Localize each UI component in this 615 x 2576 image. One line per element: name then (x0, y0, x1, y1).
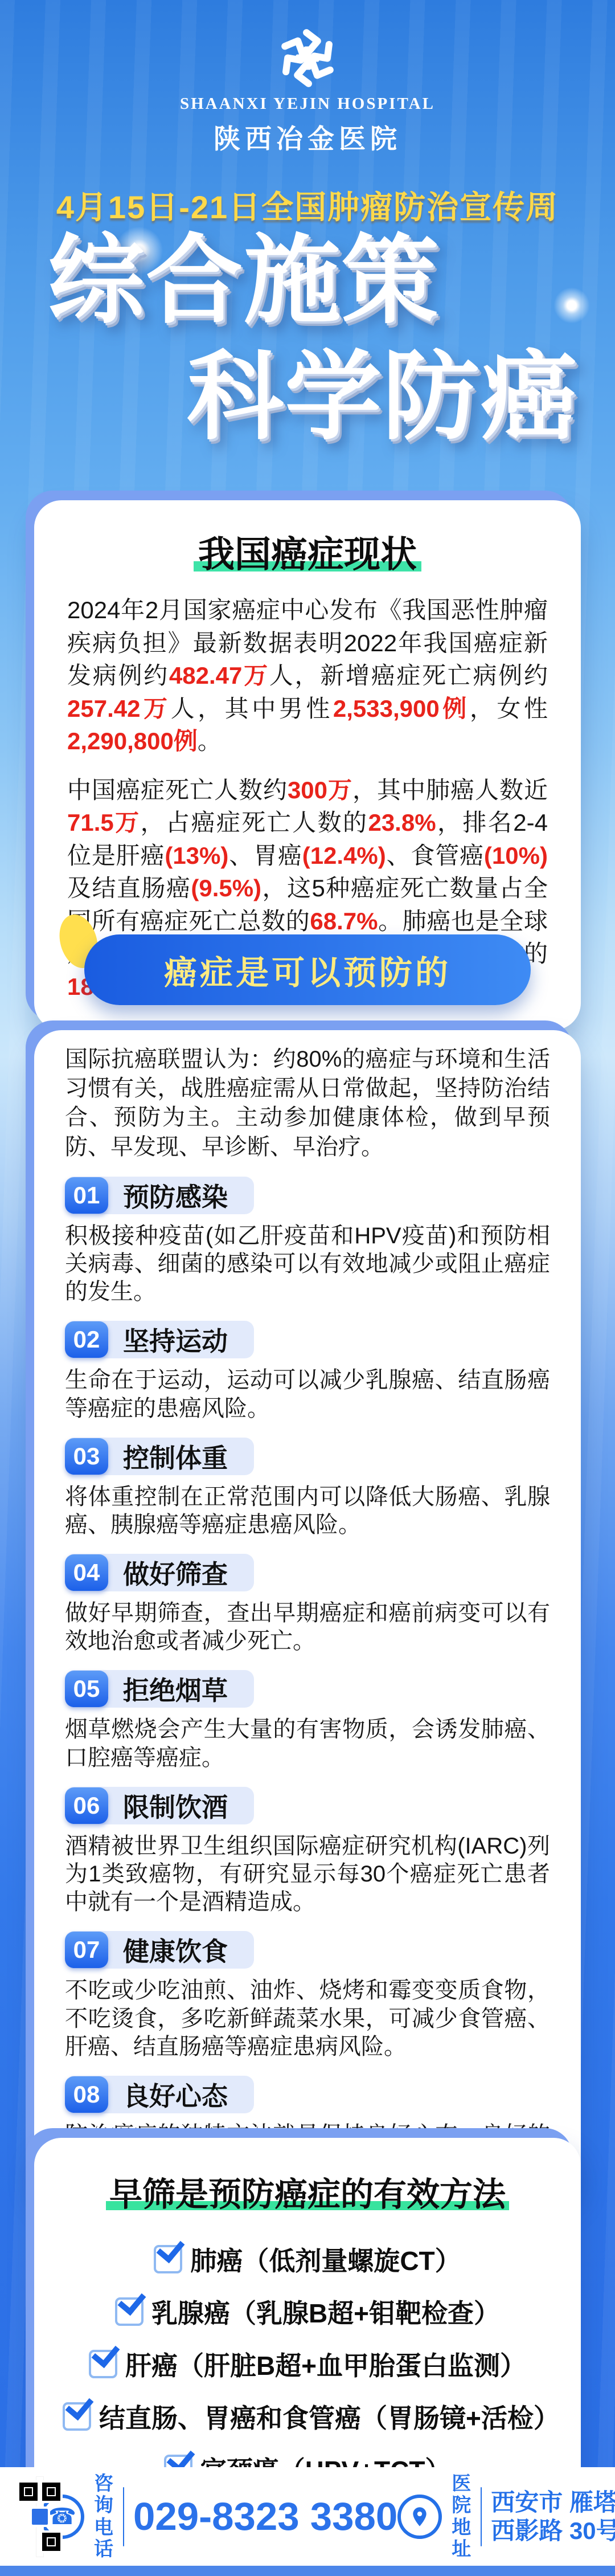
screening-item-label: 肺癌（低剂量螺旋CT） (190, 2240, 461, 2278)
prevention-item: 06限制饮酒酒精被世界卫生组织国际癌症研究机构(IARC)列为1类致癌物，有研究… (65, 1787, 550, 1917)
hospital-header: SHAANXI YEJIN HOSPITAL 陕西冶金医院 (0, 26, 615, 156)
stat-highlight: 300万 (288, 777, 352, 803)
hospital-logo-emblem (276, 26, 339, 90)
prevention-item-head: 07健康饮食 (65, 1931, 254, 1969)
qr-center-logo (30, 2506, 50, 2527)
checkmark-icon (63, 2402, 91, 2431)
paragraph-text: 及结直肠癌 (67, 875, 191, 901)
paragraph-text: ，其中肺癌人数近 (352, 777, 548, 803)
phone-number: 029-8323 3380 (133, 2494, 397, 2539)
screening-card-title: 早筛是预防癌症的有效方法 (63, 2167, 552, 2215)
prevention-item: 02坚持运动生命在于运动，运动可以减少乳腺癌、结直肠癌等癌症的患癌风险。 (65, 1321, 550, 1422)
paragraph-text: 人，其中男性 (171, 695, 333, 722)
item-number-badge: 06 (65, 1787, 108, 1824)
prevention-section-header: 癌症是可以预防的 (84, 934, 531, 1005)
paragraph-text: 。 (198, 728, 222, 754)
prevention-item-head: 04做好筛查 (65, 1554, 254, 1591)
screening-item-label: 结直肠、胃癌和食管癌（胃肠镜+活检） (99, 2398, 552, 2435)
stat-highlight: (10%) (484, 842, 548, 869)
prevention-item-head: 06限制饮酒 (65, 1787, 254, 1824)
checkmark-icon (154, 2245, 182, 2273)
divider (481, 2487, 482, 2546)
item-number-badge: 04 (65, 1554, 108, 1591)
item-number-badge: 05 (65, 1671, 108, 1707)
campaign-week-subtitle: 4月15日-21日全国肿瘤防治宣传周 (0, 182, 615, 228)
screening-card: 早筛是预防癌症的有效方法 肺癌（低剂量螺旋CT）乳腺癌（乳腺B超+钼靶检查）肝癌… (34, 2138, 581, 2514)
poster-page: SHAANXI YEJIN HOSPITAL 陕西冶金医院 4月15日-21日全… (0, 0, 615, 2576)
item-title: 预防感染 (108, 1177, 254, 1214)
prevention-intro: 国际抗癌联盟认为：约80%的癌症与环境和生活习惯有关，战胜癌症需从日常做起，坚持… (65, 1045, 550, 1162)
sparkle-decoration (551, 285, 592, 326)
item-body: 酒精被世界卫生组织国际癌症研究机构(IARC)列为1类致癌物，有研究显示每30个… (65, 1832, 550, 1917)
stat-highlight: 71.5万 (67, 809, 141, 836)
item-title: 坚持运动 (108, 1321, 254, 1358)
prevention-item-head: 02坚持运动 (65, 1321, 254, 1358)
qr-finder-pattern (42, 2533, 60, 2551)
prevention-item: 04做好筛查做好早期筛查，查出早期癌症和癌前病变可以有效地治愈或者减少死亡。 (65, 1554, 550, 1655)
paragraph-text: 、食管癌 (386, 842, 484, 869)
prevention-item-head: 03控制体重 (65, 1438, 254, 1475)
address-value: 西安市 雁塔区 西影路 30号 (491, 2488, 615, 2545)
item-title: 健康饮食 (108, 1931, 254, 1969)
item-number-badge: 07 (65, 1932, 108, 1968)
checkmark-icon (89, 2350, 117, 2378)
main-title-line1: 综合施策 (48, 232, 440, 329)
paragraph-text: 人，新增癌症死亡病例约 (269, 662, 548, 689)
prevention-item-head: 01预防感染 (65, 1177, 254, 1214)
address-label: 医院 地址 (451, 2473, 471, 2559)
paragraph-text: ，女性 (470, 695, 548, 722)
stat-highlight: 482.47万 (169, 662, 269, 689)
qr-finder-pattern (42, 2483, 60, 2501)
screening-checklist: 肺癌（低剂量螺旋CT）乳腺癌（乳腺B超+钼靶检查）肝癌（肝脏B超+血甲胎蛋白监测… (63, 2240, 552, 2488)
prevention-item-head: 05拒绝烟草 (65, 1670, 254, 1708)
hospital-name-zh: 陕西冶金医院 (214, 118, 401, 156)
checkmark-icon (115, 2297, 143, 2326)
screening-item-label: 肝癌（肝脏B超+血甲胎蛋白监测） (125, 2345, 526, 2383)
item-body: 生命在于运动，运动可以减少乳腺癌、结直肠癌等癌症的患癌风险。 (65, 1366, 550, 1422)
prevention-item: 05拒绝烟草烟草燃烧会产生大量的有害物质，会诱发肺癌、口腔癌等癌症。 (65, 1670, 550, 1771)
stat-highlight: 257.42万 (67, 695, 171, 722)
screening-item: 肝癌（肝脏B超+血甲胎蛋白监测） (89, 2345, 526, 2383)
item-body: 做好早期筛查，查出早期癌症和癌前病变可以有效地治愈或者减少死亡。 (65, 1599, 550, 1655)
screening-item-label: 乳腺癌（乳腺B超+钼靶检查） (151, 2293, 500, 2330)
item-body: 将体重控制在正常范围内可以降低大肠癌、乳腺癌、胰腺癌等癌症患癌风险。 (65, 1483, 550, 1539)
divider (123, 2487, 124, 2546)
screening-item: 结直肠、胃癌和食管癌（胃肠镜+活检） (63, 2398, 552, 2435)
qr-finder-pattern (19, 2483, 38, 2501)
item-body: 烟草燃烧会产生大量的有害物质，会诱发肺癌、口腔癌等癌症。 (65, 1716, 550, 1771)
item-title: 控制体重 (108, 1438, 254, 1475)
paragraph-text: 、胃癌 (228, 842, 302, 869)
stat-highlight: 23.8% (368, 809, 436, 836)
status-card-title: 我国癌症现状 (67, 525, 548, 578)
phone-contact: ☎ 咨询 电话 029-8323 3380 (40, 2473, 397, 2559)
footer: ☎ 咨询 电话 029-8323 3380 医院 地址 西安市 雁塔区 西影路 … (0, 2467, 615, 2566)
screening-item: 乳腺癌（乳腺B超+钼靶检查） (115, 2293, 500, 2330)
item-body: 积极接种疫苗(如乙肝疫苗和HPV疫苗)和预防相关病毒、细菌的感染可以有效地减少或… (65, 1222, 550, 1307)
paragraph-text: ，占癌症死亡人数的 (141, 809, 368, 836)
prevention-items: 01预防感染积极接种疫苗(如乙肝疫苗和HPV疫苗)和预防相关病毒、细菌的感染可以… (65, 1177, 550, 2178)
status-paragraph-1: 2024年2月国家癌症中心发布《我国恶性肿瘤疾病负担》最新数据表明2022年我国… (67, 594, 548, 758)
location-pin-icon (397, 2495, 442, 2539)
item-title: 做好筛查 (108, 1554, 254, 1591)
main-title-line2: 科学防癌 (187, 349, 579, 446)
prevention-item-head: 08良好心态 (65, 2076, 254, 2113)
address-contact: 医院 地址 西安市 雁塔区 西影路 30号 (397, 2473, 615, 2559)
item-body: 不吃或少吃油煎、油炸、烧烤和霉变变质食物，不吃烫食，多吃新鲜蔬菜水果，可减少食管… (65, 1977, 550, 2061)
stat-highlight: 68.7% (310, 908, 378, 934)
stat-highlight: (9.5%) (191, 875, 261, 901)
hospital-name-en: SHAANXI YEJIN HOSPITAL (180, 95, 435, 113)
item-number-badge: 01 (65, 1177, 108, 1214)
prevention-item: 01预防感染积极接种疫苗(如乙肝疫苗和HPV疫苗)和预防相关病毒、细菌的感染可以… (65, 1177, 550, 1307)
paragraph-text: 中国癌症死亡人数约 (67, 777, 288, 803)
prevention-card: 国际抗癌联盟认为：约80%的癌症与环境和生活习惯有关，战胜癌症需从日常做起，坚持… (34, 1030, 581, 2200)
item-title: 良好心态 (108, 2076, 254, 2113)
phone-label: 咨询 电话 (93, 2473, 114, 2559)
item-title: 拒绝烟草 (108, 1670, 254, 1708)
prevention-item: 03控制体重将体重控制在正常范围内可以降低大肠癌、乳腺癌、胰腺癌等癌症患癌风险。 (65, 1438, 550, 1539)
stat-highlight: (12.4%) (302, 842, 386, 869)
prevention-item: 07健康饮食不吃或少吃油煎、油炸、烧烤和霉变变质食物，不吃烫食，多吃新鲜蔬菜水果… (65, 1931, 550, 2061)
stat-highlight: (13%) (165, 842, 228, 869)
screening-item: 肺癌（低剂量螺旋CT） (154, 2240, 461, 2278)
item-number-badge: 08 (65, 2076, 108, 2113)
item-title: 限制饮酒 (108, 1787, 254, 1824)
item-number-badge: 02 (65, 1321, 108, 1358)
item-number-badge: 03 (65, 1438, 108, 1475)
stat-highlight: 2,533,900例 (333, 695, 470, 722)
bottom-strip (0, 2566, 615, 2576)
stat-highlight: 2,290,800例 (67, 728, 198, 754)
